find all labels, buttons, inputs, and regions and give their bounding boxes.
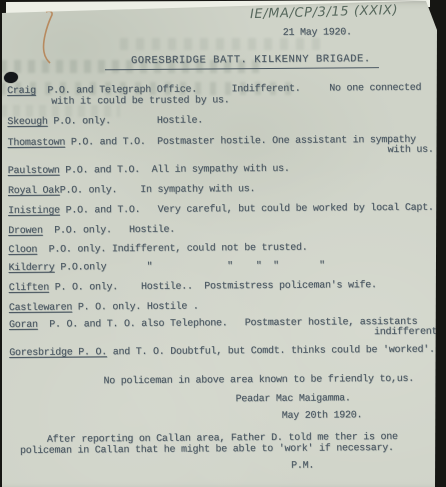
place-name: Craig [7, 86, 36, 97]
postscript-line-2: policeman in Callan that he might be abl… [20, 443, 394, 457]
entry-assessment: P. O. and T. O. also Telephone. Postmast… [38, 317, 418, 331]
entry-assessment: P.O. and T.O. Very careful, but could be… [60, 203, 434, 217]
entry-assessment: P.O. only. Hostile. [48, 115, 203, 127]
entry-continuation: with us. [388, 145, 434, 156]
place-name: Kilderry [8, 263, 54, 274]
place-name: Thomastown [8, 138, 66, 149]
date-top: 21 May 1920. [283, 27, 352, 39]
entry-assessment: P.O. only. In sympathy with us. [60, 184, 256, 197]
report-entry: Castlewaren P. O. only. Hostile . [9, 302, 199, 314]
place-name: Royal Oak [8, 186, 60, 197]
report-entry: Cloon P.O. only. Indifferent, could not … [8, 243, 307, 256]
typed-content: 21 May 1920. GORESBRIDGE BATT. KILKENNY … [0, 0, 446, 487]
report-entry: Drowen P.O. only. Hostile. [8, 225, 175, 237]
summary-line: No policeman in above area known to be f… [103, 374, 414, 387]
document-title-text: GORESBRIDGE BATT. KILKENNY BRIGADE. [105, 54, 379, 70]
document-title: GORESBRIDGE BATT. KILKENNY BRIGADE. [59, 43, 379, 82]
place-name: Inistinge [8, 206, 60, 217]
initials: P.M. [291, 461, 314, 472]
entry-assessment: P.O. and T.O. All in sympathy with us. [59, 164, 289, 177]
entry-assessment: P.O. only. Indifferent, could not be tru… [37, 243, 307, 256]
entry-assessment: and T. O. Doubtful, but Comdt. thinks co… [107, 345, 435, 359]
entry-assessment: P. O. only. Hostile . [72, 302, 199, 314]
report-entry: Cliften P. O. only. Hostile.. Postmistre… [9, 280, 377, 294]
place-name: Cliften [9, 283, 49, 294]
place-name: Cloon [8, 245, 37, 256]
entry-assessment: P.O. and T.O. Postmaster hostile. One as… [65, 135, 416, 149]
place-name: Castlewaren [9, 303, 72, 314]
place-name: Goresbridge P. O. [9, 347, 107, 359]
document-paper: IE/MA/CP/3/15 (XXIX) 21 May 1920. GORESB… [0, 0, 446, 487]
entry-assessment: P.O.only " " " " " [55, 261, 325, 274]
place-name: Goran [9, 320, 38, 331]
report-entry: Thomastown P.O. and T.O. Postmaster host… [8, 135, 416, 149]
report-entry: Royal OakP.O. only. In sympathy with us. [8, 184, 255, 197]
date-bottom: May 20th 1920. [282, 410, 363, 422]
report-entry: Kilderry P.O.only " " " " " [8, 261, 324, 274]
scanned-document: IE/MA/CP/3/15 (XXIX) 21 May 1920. GORESB… [0, 0, 446, 487]
entry-continuation: indifferent. [374, 327, 443, 339]
report-entry: Goran P. O. and T. O. also Telephone. Po… [9, 317, 417, 331]
signature: Peadar Mac Maigamma. [236, 393, 351, 405]
entry-continuation: with it could be trusted by us. [51, 95, 229, 107]
place-name: Drowen [8, 226, 43, 237]
place-name: Paulstown [8, 166, 60, 177]
place-name: Skeough [7, 117, 47, 128]
entry-assessment: P. O. only. Hostile.. Postmistress polic… [49, 280, 377, 294]
report-entry: Skeough P.O. only. Hostile. [7, 115, 203, 128]
report-entry: Goresbridge P. O. and T. O. Doubtful, bu… [9, 345, 435, 359]
entry-assessment: P.O. only. Hostile. [43, 225, 175, 237]
report-entry: Inistinge P.O. and T.O. Very careful, bu… [8, 203, 434, 217]
report-entry: Paulstown P.O. and T.O. All in sympathy … [8, 164, 290, 177]
